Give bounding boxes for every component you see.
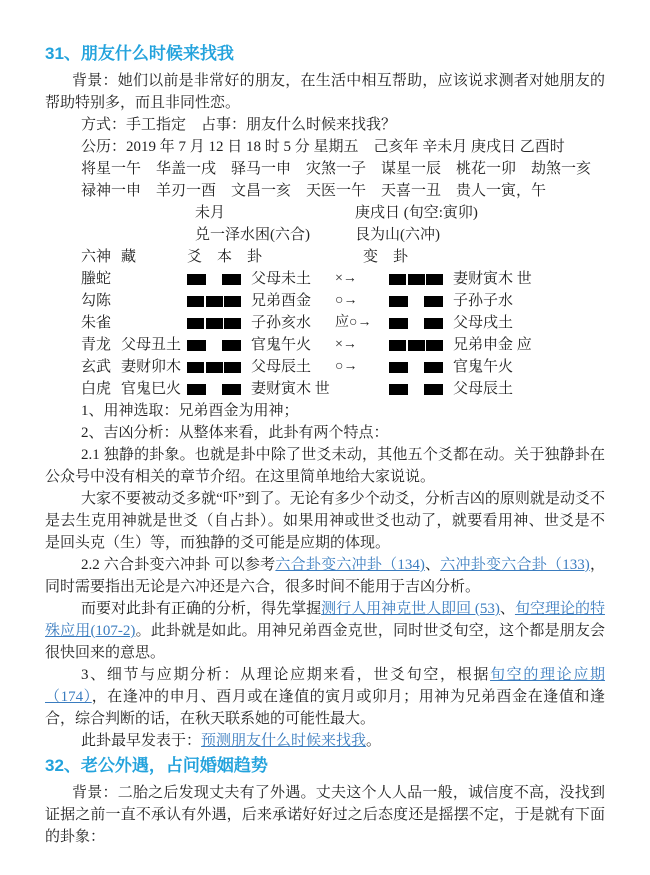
text-run: 1、用神选取：兄弟酉金为用神； xyxy=(81,403,299,419)
hexagram-row: 勾陈兄弟酉金○→子孙子水 xyxy=(81,290,605,312)
yao-block xyxy=(424,296,443,307)
text-run: 、 xyxy=(425,557,440,573)
text-run: 3、细节与应期分析：从理论应期来看，世爻旬空，根据 xyxy=(81,667,490,683)
changed-hexagram-name: 艮为山(六冲) xyxy=(355,224,605,246)
yao-block xyxy=(408,274,425,285)
header-changed-hexagram: 变 卦 xyxy=(335,246,453,268)
yao-block xyxy=(187,274,206,285)
change-mark: 应○→ xyxy=(335,312,389,334)
hidden-line-label: 父母丑土 xyxy=(121,334,187,356)
hexagram-names-row: 兑一泽水困(六合) 艮为山(六冲) xyxy=(195,224,605,246)
header-hidden: 藏 xyxy=(121,246,187,268)
yao-block xyxy=(389,274,406,285)
yao-block xyxy=(206,362,223,373)
yao-block xyxy=(424,384,443,395)
section-32-background: 背景：二胎之后发现丈夫有了外遇。丈夫这个人人品一般，诚信度不高，没找到证据之前一… xyxy=(45,782,605,848)
changed-line-symbol-cell xyxy=(389,312,453,334)
yao-block xyxy=(424,362,443,373)
change-mark: ×→ xyxy=(335,334,389,356)
changed-line-text: 父母辰土 xyxy=(453,378,605,400)
stars-line-1: 将星一午 华盖一戌 驿马一申 灾煞一子 谋星一辰 桃花一卯 劫煞一亥 xyxy=(45,158,605,180)
yao-line-broken xyxy=(389,296,443,307)
hexagram-row: 螣蛇父母未土×→妻财寅木 世 xyxy=(81,268,605,290)
yao-line-broken xyxy=(187,384,241,395)
yao-block xyxy=(389,296,408,307)
text-run: ，在逢冲的申月、酉月或在逢值的寅月或卯月；用神为兄弟酉金在逢值和逢合，综合判断的… xyxy=(45,689,605,727)
original-line-symbol-cell xyxy=(187,290,251,312)
text-run: 此卦最早发表于： xyxy=(81,733,201,749)
changed-line-symbol-cell xyxy=(389,268,453,290)
analysis-paragraph: 2.1 独静的卦象。也就是卦中除了世爻未动，其他五个爻都在动。关于独静卦在公众号… xyxy=(45,444,605,488)
change-mark: ○→ xyxy=(335,356,389,378)
hexagram-table: 六神 藏 爻 本 卦 变 卦 螣蛇父母未土×→妻财寅木 世勾陈兄弟酉金○→子孙子… xyxy=(81,246,605,400)
analysis-paragraphs: 1、用神选取：兄弟酉金为用神；2、吉凶分析：从整体来看，此卦有两个特点：2.1 … xyxy=(45,400,605,752)
hexagram-row: 玄武妻财卯木父母辰土○→官鬼午火 xyxy=(81,356,605,378)
yao-block xyxy=(222,274,241,285)
yao-block xyxy=(224,318,241,329)
changed-line-text: 官鬼午火 xyxy=(453,356,605,378)
analysis-paragraph: 大家不要被动爻多就“吓”到了。无论有多少个动爻，分析吉凶的原则就是动爻不是去生克… xyxy=(45,488,605,554)
yao-block xyxy=(206,318,223,329)
original-line-text: 官鬼午火 xyxy=(251,334,335,356)
original-line-symbol-cell xyxy=(187,268,251,290)
hidden-line-label: 妻财卯木 xyxy=(121,356,187,378)
yao-block xyxy=(187,340,206,351)
text-run: 2、吉凶分析：从整体来看，此卦有两个特点： xyxy=(81,425,389,441)
document-page: 31、朋友什么时候来找我 背景：她们以前是非常好的朋友，在生活中相互帮助，应该说… xyxy=(0,0,650,875)
original-line-symbol-cell xyxy=(187,334,251,356)
yao-line-broken xyxy=(389,318,443,329)
changed-line-text: 子孙子水 xyxy=(453,290,605,312)
yao-block xyxy=(224,362,241,373)
yao-block xyxy=(206,296,223,307)
analysis-paragraph: 此卦最早发表于：预测朋友什么时候来找我。 xyxy=(45,730,605,752)
change-mark: ○→ xyxy=(335,290,389,312)
text-run: 2.2 六合卦变六冲卦 可以参考 xyxy=(81,557,275,573)
changed-line-text: 兄弟申金 应 xyxy=(453,334,605,356)
yao-block xyxy=(389,318,408,329)
yao-line-solid xyxy=(187,318,241,329)
changed-line-symbol-cell xyxy=(389,378,453,400)
text-run: 大家不要被动爻多就“吓”到了。无论有多少个动爻，分析吉凶的原则就是动爻不是去生克… xyxy=(45,491,605,551)
yao-block xyxy=(224,296,241,307)
changed-line-text: 父母戌土 xyxy=(453,312,605,334)
yao-block xyxy=(426,340,443,351)
yao-line-broken xyxy=(389,362,443,373)
calendar-line: 公历：2019 年 7 月 12 日 18 时 5 分 星期五 己亥年 辛未月 … xyxy=(45,136,605,158)
six-god-label: 白虎 xyxy=(81,378,121,400)
hexagram-rows: 螣蛇父母未土×→妻财寅木 世勾陈兄弟酉金○→子孙子水朱雀子孙亥水应○→父母戌土青… xyxy=(81,268,605,400)
yao-line-solid xyxy=(187,362,241,373)
month-label: 未月 xyxy=(195,202,355,224)
analysis-paragraph: 而要对此卦有正确的分析，得先掌握测行人用神克世人即回 (53)、旬空理论的特殊应… xyxy=(45,598,605,664)
changed-line-symbol-cell xyxy=(389,356,453,378)
changed-line-text: 妻财寅木 世 xyxy=(453,268,605,290)
analysis-paragraph: 3、细节与应期分析：从理论应期来看，世爻旬空，根据旬空的理论应期（174），在逢… xyxy=(45,664,605,730)
yao-block xyxy=(426,274,443,285)
yao-block xyxy=(187,384,206,395)
yao-block xyxy=(389,362,408,373)
yao-block xyxy=(187,296,204,307)
hexagram-row: 白虎官鬼巳火妻财寅木 世父母辰土 xyxy=(81,378,605,400)
analysis-paragraph: 1、用神选取：兄弟酉金为用神； xyxy=(45,400,605,422)
original-line-symbol-cell xyxy=(187,312,251,334)
original-line-text: 兄弟酉金 xyxy=(251,290,335,312)
day-label: 庚戌日 (旬空:寅卯) xyxy=(355,202,605,224)
six-god-label: 勾陈 xyxy=(81,290,121,312)
original-line-text: 父母未土 xyxy=(251,268,335,290)
original-line-text: 子孙亥水 xyxy=(251,312,335,334)
six-god-label: 青龙 xyxy=(81,334,121,356)
yao-block xyxy=(424,318,443,329)
six-god-label: 朱雀 xyxy=(81,312,121,334)
yao-block xyxy=(187,318,204,329)
stars-line-2: 禄神一申 羊刃一酉 文昌一亥 天医一午 天喜一丑 贵人一寅，午 xyxy=(45,180,605,202)
yao-line-solid xyxy=(389,340,443,351)
header-original-hexagram: 爻 本 卦 xyxy=(187,246,335,268)
change-mark: ×→ xyxy=(335,268,389,290)
six-god-label: 玄武 xyxy=(81,356,121,378)
hexagram-row: 青龙父母丑土官鬼午火×→兄弟申金 应 xyxy=(81,334,605,356)
section-31-title: 31、朋友什么时候来找我 xyxy=(45,42,605,66)
main-hexagram-name: 兑一泽水困(六合) xyxy=(195,224,355,246)
changed-line-symbol-cell xyxy=(389,290,453,312)
hidden-line-label: 官鬼巳火 xyxy=(121,378,187,400)
yao-block xyxy=(187,362,204,373)
doc-link[interactable]: 测行人用神克世人即回 (53) xyxy=(321,601,500,617)
yao-line-solid xyxy=(187,296,241,307)
six-god-label: 螣蛇 xyxy=(81,268,121,290)
analysis-paragraph: 2.2 六合卦变六冲卦 可以参考六合卦变六冲卦（134)、六冲卦变六合卦（133… xyxy=(45,554,605,598)
yao-block xyxy=(222,340,241,351)
section-31-background: 背景：她们以前是非常好的朋友，在生活中相互帮助，应该说求测者对她朋友的帮助特别多… xyxy=(45,70,605,114)
hexagram-row: 朱雀子孙亥水应○→父母戌土 xyxy=(81,312,605,334)
changed-line-symbol-cell xyxy=(389,334,453,356)
month-day-row: 未月 庚戌日 (旬空:寅卯) xyxy=(195,202,605,224)
yao-block xyxy=(389,384,408,395)
original-line-symbol-cell xyxy=(187,356,251,378)
analysis-paragraph: 2、吉凶分析：从整体来看，此卦有两个特点： xyxy=(45,422,605,444)
text-run: 。 xyxy=(366,733,381,749)
section-32-title: 32、老公外遇，占问婚姻趋势 xyxy=(45,754,605,778)
original-line-text: 父母辰土 xyxy=(251,356,335,378)
yao-block xyxy=(222,384,241,395)
hexagram-table-header: 六神 藏 爻 本 卦 变 卦 xyxy=(81,246,605,268)
doc-link[interactable]: 六冲卦变六合卦（133) xyxy=(440,557,589,573)
yao-line-broken xyxy=(389,384,443,395)
text-run: 2.1 独静的卦象。也就是卦中除了世爻未动，其他五个爻都在动。关于独静卦在公众号… xyxy=(45,447,605,485)
text-run: 、 xyxy=(500,601,515,617)
doc-link[interactable]: 预测朋友什么时候来找我 xyxy=(201,733,366,749)
original-line-text: 妻财寅木 世 xyxy=(251,378,335,400)
yao-line-solid xyxy=(389,274,443,285)
yao-block xyxy=(389,340,406,351)
yao-block xyxy=(408,340,425,351)
method-line: 方式：手工指定 占事：朋友什么时候来找我？ xyxy=(45,114,605,136)
yao-line-broken xyxy=(187,274,241,285)
text-run: 而要对此卦有正确的分析，得先掌握 xyxy=(81,601,321,617)
yao-line-broken xyxy=(187,340,241,351)
header-six-gods: 六神 xyxy=(81,246,121,268)
doc-link[interactable]: 六合卦变六冲卦（134) xyxy=(275,557,424,573)
original-line-symbol-cell xyxy=(187,378,251,400)
